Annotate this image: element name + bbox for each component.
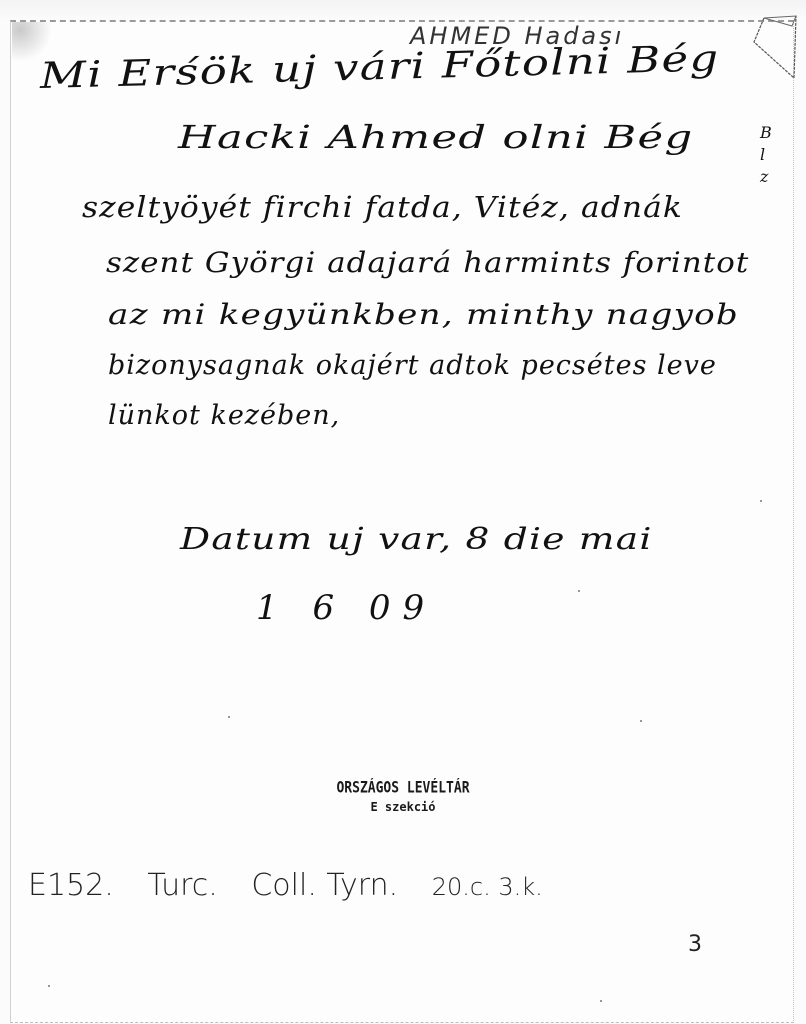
- scan-speck: [640, 720, 642, 722]
- shelfmark-part: Coll. Tyrn.: [251, 868, 398, 903]
- archive-stamp: ORSZÁGOS LEVÉLTÁR E szekció: [318, 780, 488, 816]
- letter-year: 1 6 09: [256, 588, 436, 628]
- shelfmark: E152. Turc. Coll. Tyrn. 20.c. 3.k.: [28, 868, 567, 903]
- letter-line: szent Györgi adajará harmints forintot: [106, 246, 749, 279]
- page-number: 3: [688, 932, 702, 957]
- stamp-line-2: E szekció: [318, 798, 488, 816]
- letter-date-line: Datum uj var, 8 die mai: [180, 522, 653, 557]
- folded-corner-icon: [748, 14, 798, 84]
- letter-line: szeltyöyét firchi fatda, Vitéz, adnák: [82, 190, 683, 224]
- scan-speck: [760, 500, 762, 502]
- shelfmark-part: Turc.: [147, 868, 218, 903]
- letter-line: bizonysagnak okajért adtok pecsétes leve: [108, 350, 717, 381]
- margin-mark: B: [760, 122, 772, 144]
- letter-line: az mi kegyünkben, minthy nagyob: [108, 298, 739, 331]
- stamp-line-1: ORSZÁGOS LEVÉLTÁR: [318, 778, 488, 800]
- scan-top-edge: [0, 0, 806, 18]
- scan-speck: [600, 1000, 602, 1002]
- scanned-page: AHMED Hadası Mi Erśök uj vári Főtolni Bé…: [0, 0, 806, 1024]
- scan-speck: [228, 716, 230, 718]
- scan-speck: [578, 590, 580, 592]
- scan-speck: [48, 985, 50, 987]
- margin-mark: l: [760, 144, 772, 166]
- shelfmark-part: 20.c. 3.k.: [432, 873, 543, 901]
- letter-line: Hacki Ahmed olni Bég: [178, 118, 693, 156]
- shelfmark-part: E152.: [28, 868, 114, 903]
- margin-mark: z: [760, 166, 772, 188]
- letter-line: lünkot kezében,: [108, 400, 340, 431]
- margin-marks: B l z: [760, 122, 772, 188]
